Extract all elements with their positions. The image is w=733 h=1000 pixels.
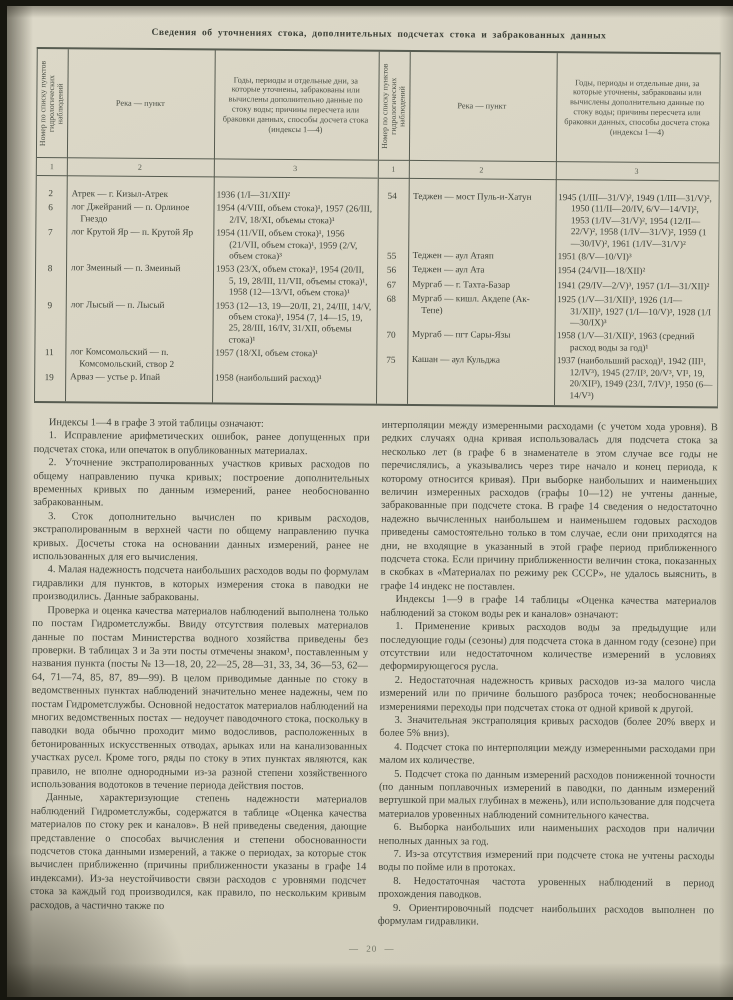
years-detail: 1958 (1/V—31/XII)², 1963 (средний расход… xyxy=(553,330,718,356)
station-name: Теджен — аул Атаяп xyxy=(408,249,554,265)
years-detail: 1954 (24/VII—18/XII)² xyxy=(553,265,718,281)
station-name: лог Лысый — п. Лысый xyxy=(65,298,211,347)
years-detail: 1954 (4/VIII, объем стока)¹, 1957 (26/II… xyxy=(212,202,377,228)
column-header-years: Годы, периоды и отдельные дни, за которы… xyxy=(554,53,719,163)
paragraph: 4. Малая надежность подсчета наибольших … xyxy=(32,563,368,606)
station-name: лог Джейраний — п. Орлиное Гнездо xyxy=(66,201,212,227)
column-header-num: Номер по списку пунктов гидрологических … xyxy=(37,49,68,158)
column-header-num: Номер по списку пунктов гидрологических … xyxy=(378,52,409,161)
years-detail: 1954 (11/VII, объем стока)¹, 1956 (21/VI… xyxy=(212,227,377,265)
row-number: 68 xyxy=(377,292,407,328)
row-number: 6 xyxy=(36,200,66,225)
scan-shadow-left xyxy=(7,6,33,997)
paragraph: 8. Недостаточная частота уровенных наблю… xyxy=(378,875,714,904)
years-detail: 1936 (1/I—31/XII)² xyxy=(213,177,378,203)
station-name: Атрек — г. Кизыл-Атрек xyxy=(67,176,213,202)
column-number: 3 xyxy=(554,162,719,181)
column-header-num-label: Номер по списку пунктов гидрологических … xyxy=(381,57,408,154)
row-number: 9 xyxy=(35,298,65,346)
years-detail: 1941 (29/IV—2/V)³, 1957 (1/I—31/XII)² xyxy=(553,279,718,295)
years-detail: 1951 (8/V—10/VI)³ xyxy=(554,250,719,266)
notes-section: Индексы 1—4 в графе 3 этой таблицы означ… xyxy=(30,416,718,931)
scan-shadow-top xyxy=(7,6,733,18)
station-name: Мургаб — кишл. Акдепе (Ак-Тепе) xyxy=(407,292,553,329)
paragraph: 9. Ориентировочный подсчет наибольших ра… xyxy=(378,901,714,930)
row-number: 55 xyxy=(378,249,408,264)
row-number: 7 xyxy=(36,225,66,261)
column-number: 1 xyxy=(378,161,408,179)
paragraph: 3. Сток дополнительно вычислен по кривым… xyxy=(33,510,369,566)
row-number: 70 xyxy=(377,328,407,353)
years-detail: 1945 (1/III—31/V)², 1949 (1/III—31/V)², … xyxy=(554,180,719,251)
summary-table: Номер по списку пунктов гидрологических … xyxy=(34,47,721,408)
column-number: 2 xyxy=(67,158,213,177)
page-title: Сведения об уточнениях стока, дополнител… xyxy=(37,26,721,43)
station-name: Арваз — устье р. Ипай xyxy=(65,370,211,386)
scanned-page: { "page": { "title": "Сведения об уточне… xyxy=(0,0,733,1000)
paragraph: 3. Значительная экстраполяция кривых рас… xyxy=(379,714,715,743)
station-name: лог Змеиный — п. Змеиный xyxy=(66,262,212,299)
row-number: 19 xyxy=(35,370,65,385)
paragraph: 6. Выборка наибольших или наименьших рас… xyxy=(379,821,715,850)
station-name: Мургаб — пгт Сары-Язы xyxy=(407,328,553,354)
paper-page: Сведения об уточнениях стока, дополнител… xyxy=(7,6,733,997)
station-name: Мургаб — г. Тахта-Базар xyxy=(407,278,553,294)
years-detail: 1957 (18/XI, объем стока)¹ xyxy=(211,347,376,373)
years-detail: 1958 (наибольший расход)¹ xyxy=(211,371,376,387)
scan-shadow-right xyxy=(719,6,733,997)
notes-right-column: интерполяции между измеренными расходами… xyxy=(378,419,718,931)
paragraph: 2. Недостаточная надежность кривых расхо… xyxy=(380,673,716,716)
page-number: — 20 — xyxy=(30,941,714,956)
years-detail: 1953 (12—13, 19—20/II, 21, 24/III, 14/V,… xyxy=(211,299,376,348)
row-number: 75 xyxy=(377,353,407,401)
years-detail: 1925 (1/V—31/XII)³, 1926 (1/I—31/XII)³, … xyxy=(553,293,718,331)
row-number: 67 xyxy=(377,278,407,293)
column-number: 3 xyxy=(213,159,378,178)
table-right-half: Номер по списку пунктов гидрологических … xyxy=(375,52,719,407)
row-number: 54 xyxy=(378,179,409,249)
station-name: лог Комсомольский — п. Комсомольский, ст… xyxy=(65,346,211,372)
paragraph: 5. Подсчет стока по данным измерений рас… xyxy=(379,767,715,823)
table-left-half: Номер по списку пунктов гидрологических … xyxy=(35,49,378,404)
row-number: 56 xyxy=(377,263,407,278)
column-header-years: Годы, периоды и отдельные дни, за которы… xyxy=(213,50,378,160)
column-number: 1 xyxy=(37,158,67,176)
station-name: Теджен — аул Ата xyxy=(407,263,553,279)
column-header-station: Река — пункт xyxy=(67,49,214,159)
station-name: лог Крутой Яр — п. Крутой Яр xyxy=(66,225,212,262)
years-detail: 1953 (23/X, объем стока)¹, 1954 (20/II, … xyxy=(212,263,377,301)
column-number: 2 xyxy=(408,161,554,180)
paragraph: Данные, характеризующие степень надежнос… xyxy=(30,791,367,914)
paragraph: 1. Исправление арифметических ошибок, ра… xyxy=(34,429,370,458)
paragraph: 2. Уточнение экстраполированных участков… xyxy=(33,456,369,512)
years-detail: 1937 (наибольший расход)¹, 1942 (III¹, 1… xyxy=(553,354,718,403)
paragraph: Индексы 1—9 в графе 14 таблицы «Оценка к… xyxy=(380,593,716,622)
paragraph: Проверка и оценка качества материалов на… xyxy=(31,604,368,794)
station-name: Теджен — мост Пуль-и-Хатун xyxy=(408,179,555,250)
scan-shadow-bottom xyxy=(7,963,733,997)
notes-left-column: Индексы 1—4 в графе 3 этой таблицы означ… xyxy=(30,416,370,928)
paragraph: 4. Подсчет стока по интерполяции между и… xyxy=(379,740,715,769)
station-name: Кашан — аул Кульджа xyxy=(407,353,553,402)
page-content: Сведения об уточнениях стока, дополнител… xyxy=(30,20,721,957)
paragraph: интерполяции между измеренными расходами… xyxy=(381,419,718,596)
column-header-station: Река — пункт xyxy=(408,52,555,162)
paragraph: 7. Из-за отсутствия измерений при подсче… xyxy=(378,848,714,877)
row-number: 11 xyxy=(35,345,65,370)
column-header-num-label: Номер по списку пунктов гидрологических … xyxy=(39,55,66,152)
row-number: 8 xyxy=(36,261,66,297)
row-number: 2 xyxy=(37,176,67,201)
paragraph: 1. Применение кривых расходов воды за пр… xyxy=(380,620,716,676)
